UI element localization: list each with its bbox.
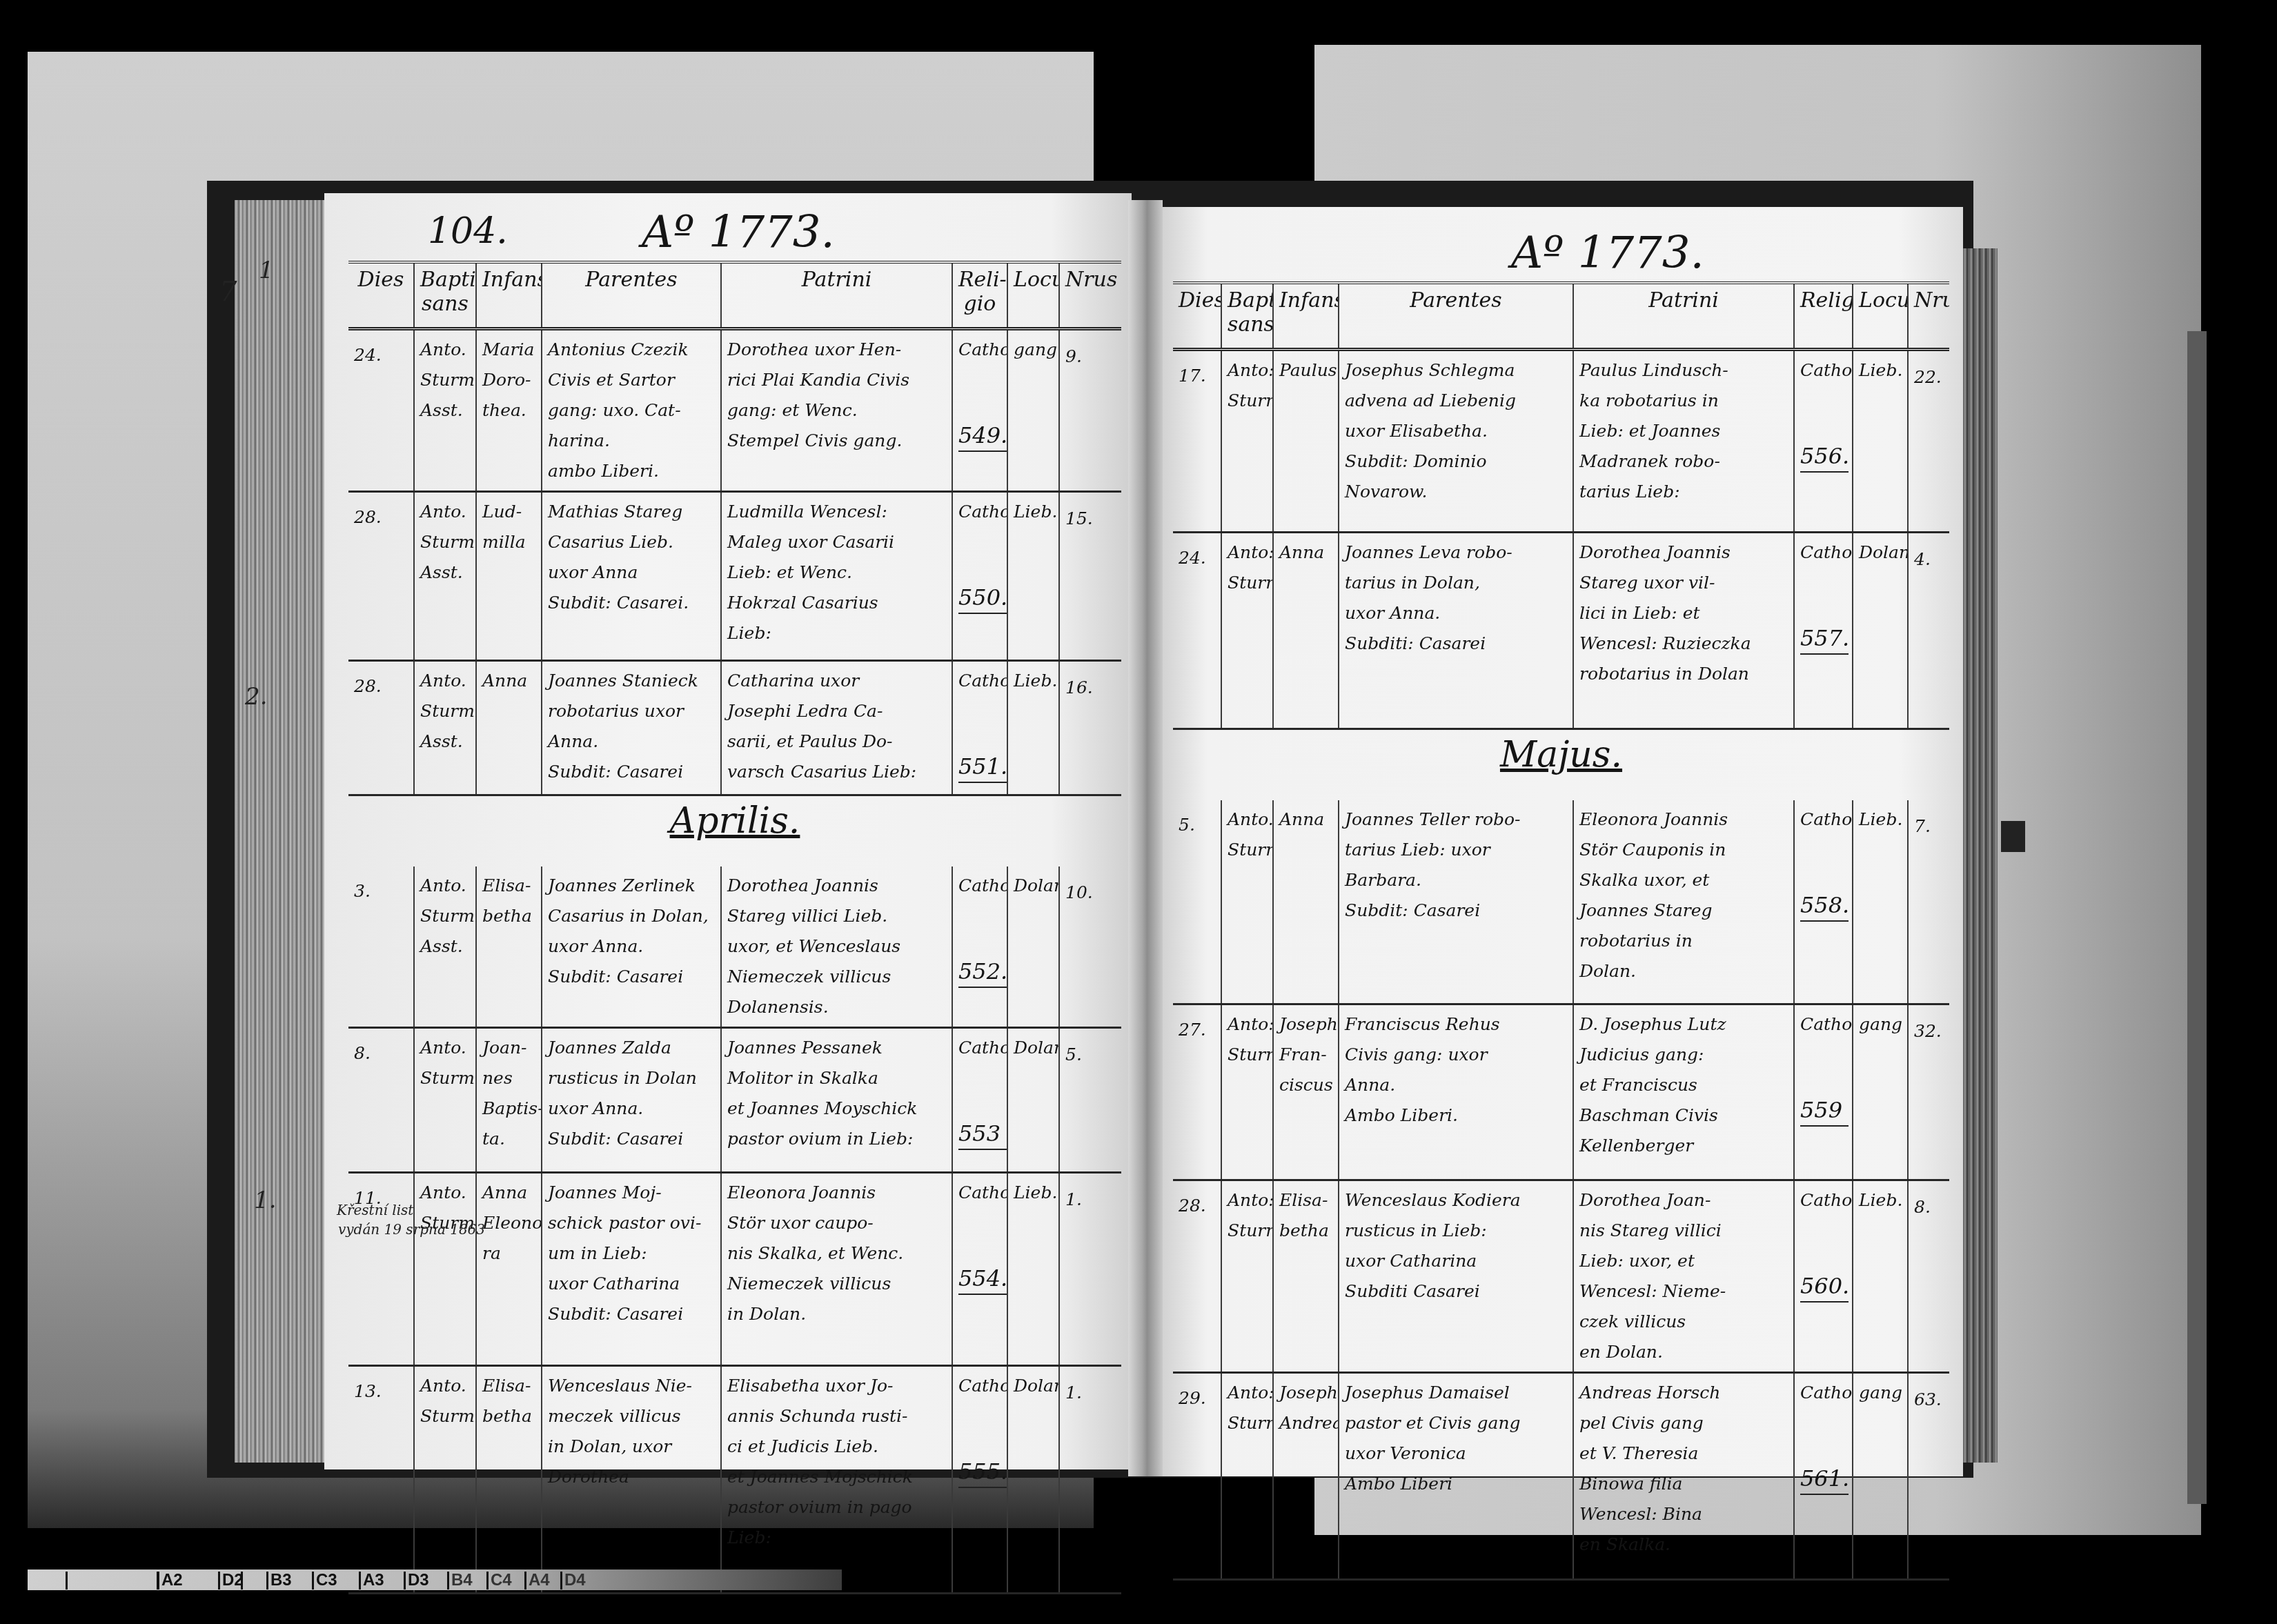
patrini-cell: Dorothea Joannis Stareg uxor vil- lici i… <box>1573 533 1794 729</box>
baptisans-cell: Anto. Sturm Asst. <box>414 329 476 492</box>
locus-cell: Dolan <box>1853 533 1908 729</box>
calibration-label: C3 <box>312 1572 337 1590</box>
calibration-label: B4 <box>447 1572 473 1590</box>
page-stack-right <box>1963 248 1998 1463</box>
parentes-cell: Franciscus Rehus Civis gang: uxor Anna. … <box>1339 1004 1573 1180</box>
house-number-cell: 15. <box>1059 492 1121 661</box>
parentes-cell: Joannes Zalda rusticus in Dolan uxor Ann… <box>542 1028 721 1173</box>
day-cell: 13. <box>348 1366 414 1594</box>
baptisans-cell: Anto. Sturm Asst. <box>414 661 476 795</box>
infans-cell: Anna Eleono- ra <box>476 1173 542 1366</box>
calibration-strip <box>28 1569 842 1590</box>
register-entry: 28.Anto. Sturm Asst.Lud- millaMathias St… <box>348 492 1121 661</box>
patrini-cell: Dorothea Joan- nis Stareg villici Lieb: … <box>1573 1180 1794 1372</box>
locus-cell: Lieb. <box>1853 350 1908 533</box>
register-number: 553 <box>958 1118 1007 1150</box>
register-entry: 11.Anto. SturmAnna Eleono- raJoannes Moj… <box>348 1173 1121 1366</box>
calibration-label: B3 <box>266 1572 292 1590</box>
register-entry: 28.Anto. Sturm Asst.AnnaJoannes Stanieck… <box>348 661 1121 795</box>
parentes-cell: Josephus Schlegma advena ad Liebenig uxo… <box>1339 350 1573 533</box>
column-header: Dies <box>1173 283 1221 350</box>
day-cell: 24. <box>348 329 414 492</box>
column-header: Nrus <box>1059 262 1121 329</box>
house-number-cell: 32. <box>1908 1004 1949 1180</box>
house-number-cell: 8. <box>1908 1180 1949 1372</box>
day-cell: 8. <box>348 1028 414 1173</box>
column-header: Locus <box>1007 262 1059 329</box>
infans-cell: Paulus <box>1273 350 1339 533</box>
register-number: 552. <box>958 956 1007 988</box>
edge-mark: 1. <box>254 1187 276 1214</box>
religio-cell: Cathol.556. <box>1794 350 1853 533</box>
scale-tick <box>66 1572 68 1590</box>
religio-cell: Cathol.560. <box>1794 1180 1853 1372</box>
infans-cell: Maria Doro- thea. <box>476 329 542 492</box>
margin-note: Křestní list <box>337 1202 413 1218</box>
day-cell: 24. <box>1173 533 1221 729</box>
register-table-right: DiesBapti-sansInfansParentesPatriniRelig… <box>1173 281 1949 1581</box>
parentes-cell: Joannes Zerlinek Casarius in Dolan, uxor… <box>542 867 721 1028</box>
column-header: Bapti-sans <box>414 262 476 329</box>
locus-cell: Dolan <box>1007 867 1059 1028</box>
infans-cell: Josephus Fran- ciscus <box>1273 1004 1339 1180</box>
column-header: Locus <box>1853 283 1908 350</box>
parentes-cell: Wenceslaus Kodiera rusticus in Lieb: uxo… <box>1339 1180 1573 1372</box>
register-table-left: DiesBapti-sansInfansParentesPatriniReli-… <box>348 261 1121 1594</box>
column-headers: DiesBapti-sansInfansParentesPatriniReli-… <box>348 262 1121 329</box>
day-cell: 17. <box>1173 350 1221 533</box>
parentes-cell: Joannes Teller robo- tarius Lieb: uxor B… <box>1339 800 1573 1004</box>
religio-cell: Cathol.554. <box>952 1173 1007 1366</box>
patrini-cell: Elisabetha uxor Jo- annis Schunda rusti-… <box>721 1366 952 1594</box>
register-entry: 27.Anto: SturmJosephus Fran- ciscusFranc… <box>1173 1004 1949 1180</box>
background-edge <box>2187 331 2207 1504</box>
locus-cell: Lieb. <box>1007 1173 1059 1366</box>
calibration-label: D3 <box>404 1572 429 1590</box>
day-cell: 28. <box>348 492 414 661</box>
patrini-cell: Joannes Pessanek Molitor in Skalka et Jo… <box>721 1028 952 1173</box>
day-cell: 29. <box>1173 1372 1221 1579</box>
month-heading-row: Aprilis. <box>348 795 1121 867</box>
locus-cell: Dolan <box>1007 1028 1059 1173</box>
house-number-cell: 22. <box>1908 350 1949 533</box>
baptisans-cell: Anto. Sturm Asst. <box>414 867 476 1028</box>
month-cell: Majus. <box>1173 729 1949 801</box>
register-number: 557. <box>1800 623 1849 655</box>
column-header: Reli-gio <box>952 262 1007 329</box>
parentes-cell: Wenceslaus Nie- meczek villicus in Dolan… <box>542 1366 721 1594</box>
religio-cell: Cathol.552. <box>952 867 1007 1028</box>
baptisans-cell: Anto. Sturm Asst. <box>414 492 476 661</box>
baptisans-cell: Anto. Sturm <box>414 1028 476 1173</box>
column-header: Bapti-sans <box>1221 283 1273 350</box>
house-number-cell: 7. <box>1908 800 1949 1004</box>
patrini-cell: Dorothea uxor Hen- rici Plai Kandia Civi… <box>721 329 952 492</box>
register-number: 555. <box>958 1456 1007 1488</box>
calibration-label: A4 <box>524 1572 550 1590</box>
parentes-cell: Joannes Stanieck robotarius uxor Anna. S… <box>542 661 721 795</box>
patrini-cell: Dorothea Joannis Stareg villici Lieb. ux… <box>721 867 952 1028</box>
infans-cell: Elisa- betha <box>1273 1180 1339 1372</box>
column-header: Parentes <box>1339 283 1573 350</box>
page-number: 104. <box>428 210 508 252</box>
baptisans-cell: Anto: Sturm <box>1221 533 1273 729</box>
column-header: Nrus <box>1908 283 1949 350</box>
column-header: Patrini <box>1573 283 1794 350</box>
infans-cell: Josephus Andreas <box>1273 1372 1339 1579</box>
day-cell: 5. <box>1173 800 1221 1004</box>
day-cell: 3. <box>348 867 414 1028</box>
religio-cell: Cathol.555. <box>952 1366 1007 1594</box>
edge-mark: 7 <box>219 276 237 308</box>
day-cell: 28. <box>1173 1180 1221 1372</box>
patrini-cell: Andreas Horsch pel Civis gang et V. Ther… <box>1573 1372 1794 1579</box>
parentes-cell: Joannes Leva robo- tarius in Dolan, uxor… <box>1339 533 1573 729</box>
baptisans-cell: Anto: Sturm <box>1221 350 1273 533</box>
register-entry: 24.Anto. Sturm Asst.Maria Doro- thea.Ant… <box>348 329 1121 492</box>
locus-cell: Lieb. <box>1007 661 1059 795</box>
parentes-cell: Mathias Stareg Casarius Lieb. uxor Anna … <box>542 492 721 661</box>
register-number: 550. <box>958 582 1007 614</box>
column-headers: DiesBapti-sansInfansParentesPatriniRelig… <box>1173 283 1949 350</box>
page-stack-left <box>235 200 328 1463</box>
religio-cell: Cathol.559 <box>1794 1004 1853 1180</box>
baptisans-cell: Anto. Sturm <box>414 1173 476 1366</box>
infans-cell: Joan- nes Baptis- ta. <box>476 1028 542 1173</box>
register-number: 549. <box>958 420 1007 452</box>
register-entry: 28.Anto: SturmElisa- bethaWenceslaus Kod… <box>1173 1180 1949 1372</box>
locus-cell: Lieb. <box>1853 800 1908 1004</box>
book-gutter <box>1128 200 1163 1476</box>
register-number: 554. <box>958 1263 1007 1295</box>
calibration-label: D2 <box>218 1572 244 1590</box>
infans-cell: Lud- milla <box>476 492 542 661</box>
house-number-cell: 1. <box>1059 1366 1121 1594</box>
register-entry: 3.Anto. Sturm Asst.Elisa- bethaJoannes Z… <box>348 867 1121 1028</box>
month-heading: Majus. <box>1500 734 1622 775</box>
month-cell: Aprilis. <box>348 795 1121 867</box>
month-heading-row: Majus. <box>1173 729 1949 801</box>
day-cell: 28. <box>348 661 414 795</box>
baptisans-cell: Anto: Sturm <box>1221 1372 1273 1579</box>
register-number: 551. <box>958 751 1007 783</box>
baptisans-cell: Anto: Sturm <box>1221 1004 1273 1180</box>
house-number-cell: 1. <box>1059 1173 1121 1366</box>
register-entry: 13.Anto. SturmElisa- bethaWenceslaus Nie… <box>348 1366 1121 1594</box>
year-heading-right: Aº 1773. <box>1511 228 1704 279</box>
month-heading: Aprilis. <box>670 800 800 842</box>
baptisans-cell: Anto: Sturm <box>1221 1180 1273 1372</box>
patrini-cell: Eleonora Joannis Stör Cauponis in Skalka… <box>1573 800 1794 1004</box>
calibration-label: A2 <box>157 1572 183 1590</box>
locus-cell: gang <box>1007 329 1059 492</box>
column-header: Infans <box>1273 283 1339 350</box>
edge-mark: 1 <box>259 257 274 284</box>
edge-mark: 2. <box>245 683 267 711</box>
register-entry: 24.Anto: SturmAnnaJoannes Leva robo- tar… <box>1173 533 1949 729</box>
register-number: 561. <box>1800 1463 1849 1495</box>
register-number: 559 <box>1800 1095 1849 1127</box>
locus-cell: gang <box>1853 1004 1908 1180</box>
religio-cell: Cathol.551. <box>952 661 1007 795</box>
house-number-cell: 4. <box>1908 533 1949 729</box>
register-entry: 5.Anto. SturmAnnaJoannes Teller robo- ta… <box>1173 800 1949 1004</box>
parentes-cell: Antonius Czezik Civis et Sartor gang: ux… <box>542 329 721 492</box>
register-number: 558. <box>1800 890 1849 922</box>
religio-cell: Cathol.553 <box>952 1028 1007 1173</box>
infans-cell: Anna <box>1273 533 1339 729</box>
patrini-cell: Ludmilla Wencesl: Maleg uxor Casarii Lie… <box>721 492 952 661</box>
religio-cell: Cathol.550. <box>952 492 1007 661</box>
patrini-cell: Paulus Lindusch- ka robotarius in Lieb: … <box>1573 350 1794 533</box>
house-number-cell: 9. <box>1059 329 1121 492</box>
locus-cell: Dolan <box>1007 1366 1059 1594</box>
baptisans-cell: Anto. Sturm <box>414 1366 476 1594</box>
house-number-cell: 63. <box>1908 1372 1949 1579</box>
margin-note: vydán 19 srpna 1863 <box>338 1221 485 1238</box>
house-number-cell: 16. <box>1059 661 1121 795</box>
infans-cell: Elisa- betha <box>476 867 542 1028</box>
religio-cell: Cathol.558. <box>1794 800 1853 1004</box>
locus-cell: Lieb. <box>1007 492 1059 661</box>
infans-cell: Anna <box>1273 800 1339 1004</box>
house-number-cell: 5. <box>1059 1028 1121 1173</box>
locus-cell: gang <box>1853 1372 1908 1579</box>
register-entry: 29.Anto: SturmJosephus AndreasJosephus D… <box>1173 1372 1949 1579</box>
patrini-cell: D. Josephus Lutz Judicius gang: et Franc… <box>1573 1004 1794 1180</box>
calibration-label: A3 <box>359 1572 384 1590</box>
calibration-label: D4 <box>560 1572 586 1590</box>
day-cell: 27. <box>1173 1004 1221 1180</box>
baptisans-cell: Anto. Sturm <box>1221 800 1273 1004</box>
register-number: 560. <box>1800 1271 1849 1303</box>
column-header: Dies <box>348 262 414 329</box>
register-entries: 24.Anto. Sturm Asst.Maria Doro- thea.Ant… <box>348 329 1121 1594</box>
infans-cell: Anna <box>476 661 542 795</box>
year-heading-left: Aº 1773. <box>642 207 835 258</box>
column-header: Patrini <box>721 262 952 329</box>
religio-cell: Cathol.549. <box>952 329 1007 492</box>
house-number-cell: 10. <box>1059 867 1121 1028</box>
film-marker <box>2001 821 2025 852</box>
calibration-label: C4 <box>486 1572 512 1590</box>
locus-cell: Lieb. <box>1853 1180 1908 1372</box>
register-entry: 17.Anto: SturmPaulusJosephus Schlegma ad… <box>1173 350 1949 533</box>
register-number: 556. <box>1800 441 1849 473</box>
register-entry: 8.Anto. SturmJoan- nes Baptis- ta.Joanne… <box>348 1028 1121 1173</box>
column-header: Infans <box>476 262 542 329</box>
infans-cell: Elisa- betha <box>476 1366 542 1594</box>
column-header: Parentes <box>542 262 721 329</box>
parentes-cell: Joannes Moj- schick pastor ovi- um in Li… <box>542 1173 721 1366</box>
patrini-cell: Eleonora Joannis Stör uxor caupo- nis Sk… <box>721 1173 952 1366</box>
religio-cell: Cathol.561. <box>1794 1372 1853 1579</box>
register-entries: 17.Anto: SturmPaulusJosephus Schlegma ad… <box>1173 350 1949 1580</box>
religio-cell: Cathol.557. <box>1794 533 1853 729</box>
parentes-cell: Josephus Damaisel pastor et Civis gang u… <box>1339 1372 1573 1579</box>
patrini-cell: Catharina uxor Josephi Ledra Ca- sarii, … <box>721 661 952 795</box>
column-header: Religio <box>1794 283 1853 350</box>
